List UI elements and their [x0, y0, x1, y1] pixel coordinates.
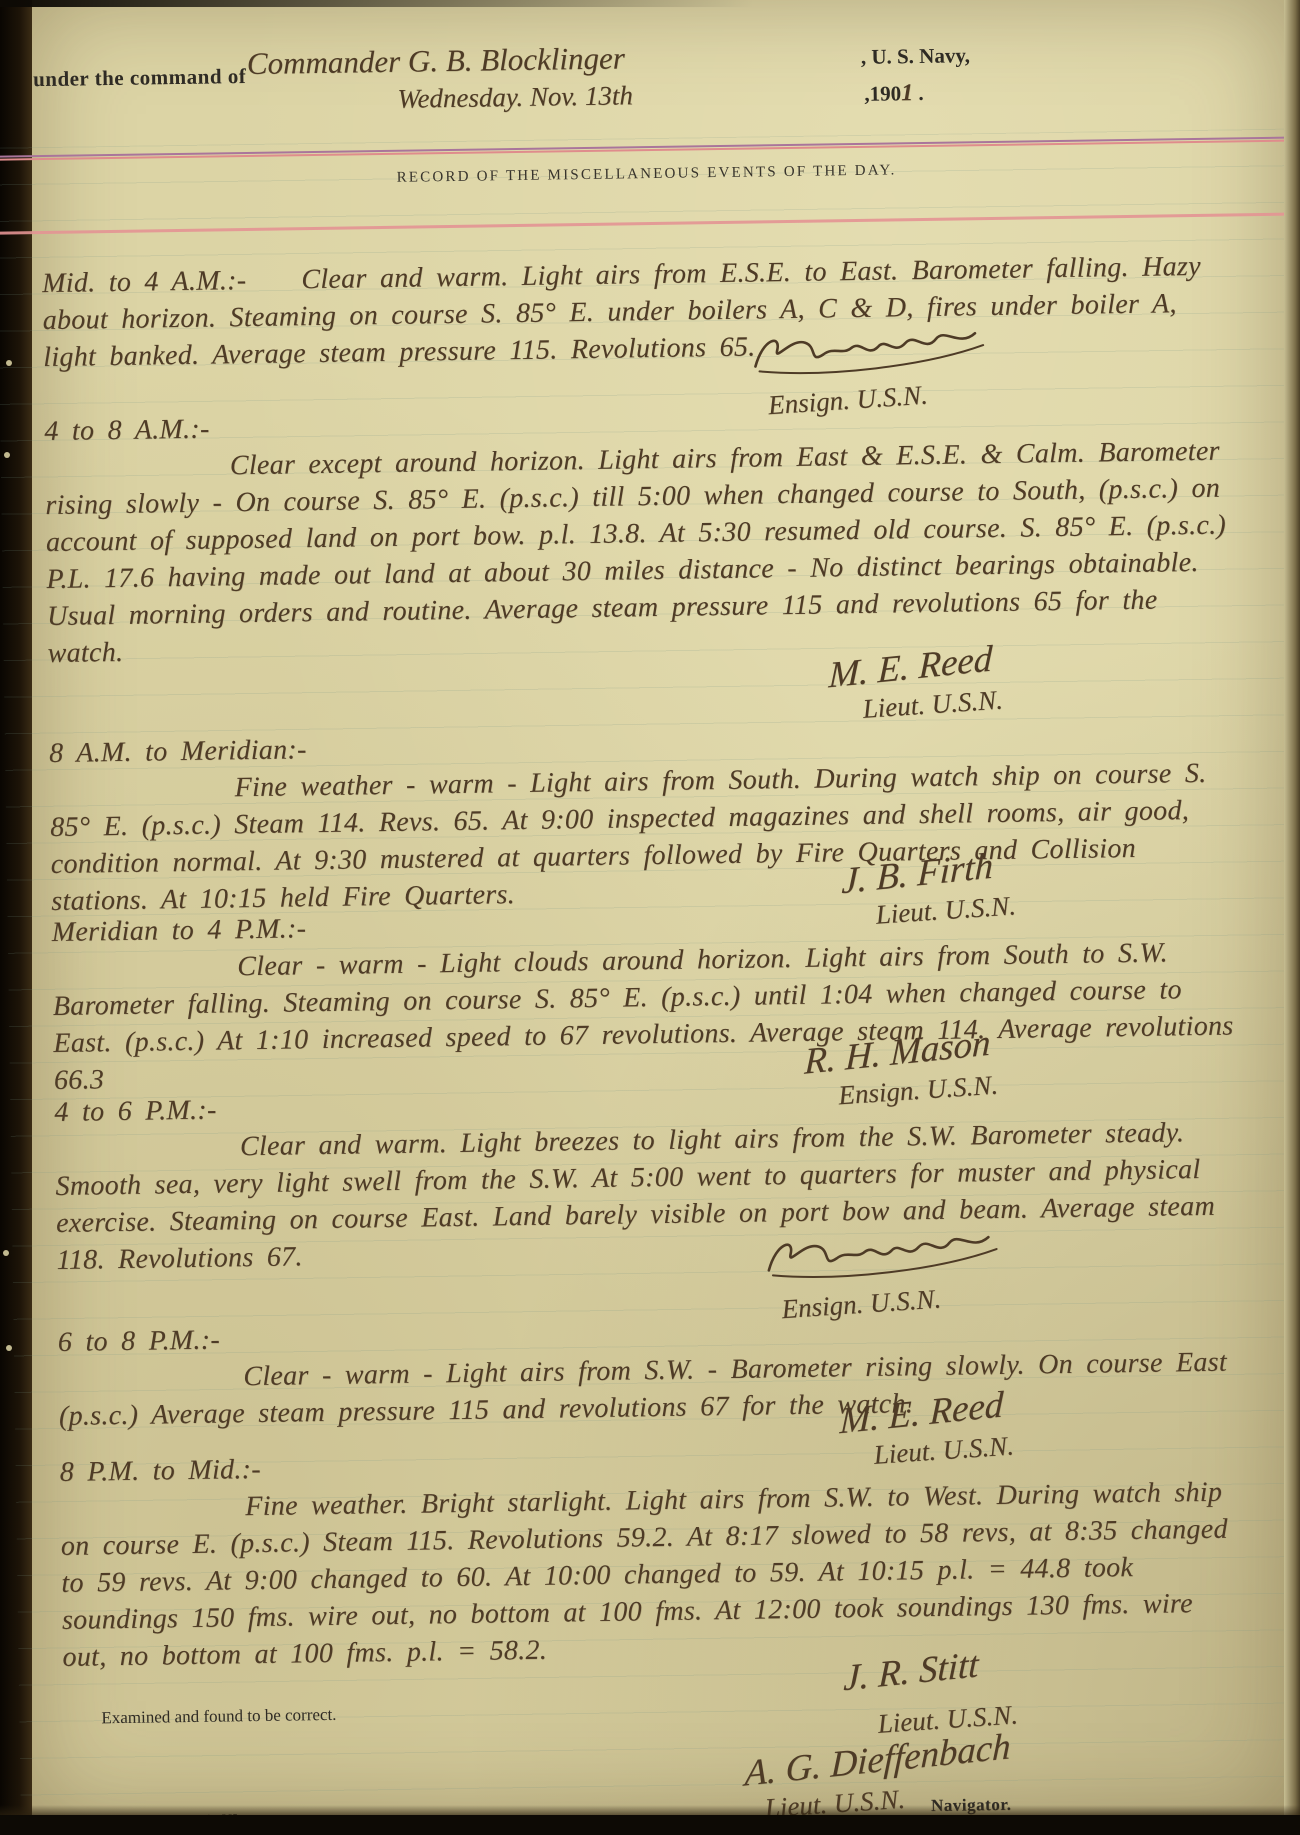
- signature-scrawl-icon: [747, 323, 998, 379]
- watch-period-label: Mid. to 4 A.M.:-: [42, 265, 247, 299]
- date-handwritten: Wednesday. Nov. 13th: [397, 80, 633, 114]
- printed-year: ,1901 .: [864, 80, 924, 108]
- binding-hole: [3, 1250, 9, 1256]
- logbook-page-scan: under the command of Commander G. B. Blo…: [0, 0, 1300, 1835]
- page-bottom-edge: [0, 1815, 1300, 1835]
- year-prefix: ,190: [864, 81, 901, 106]
- signature-block: M. E. Reed Lieut. U.S.N.: [828, 634, 1169, 717]
- printed-command-prefix: under the command of: [33, 64, 247, 92]
- printed-navy-suffix: , U. S. Navy,: [861, 43, 970, 70]
- year-digit-handwritten: 1: [901, 80, 913, 106]
- year-period: .: [918, 81, 924, 105]
- signature-scrawl-icon: [760, 1227, 1011, 1283]
- commander-name-handwritten: Commander G. B. Blocklinger: [247, 40, 625, 82]
- binding-hole: [6, 1345, 12, 1351]
- signature-block: J. R. Stitt Lieut. U.S.N.: [842, 1637, 1183, 1732]
- examined-printed-note: Examined and found to be correct.: [101, 1705, 336, 1728]
- paper-sheet: under the command of Commander G. B. Blo…: [32, 0, 1284, 1815]
- page-content: under the command of Commander G. B. Blo…: [18, 0, 1297, 1824]
- signature-block: Ensign. U.S.N.: [746, 1226, 1087, 1318]
- page-right-edge: [1284, 0, 1300, 1815]
- page-top-shadow: [0, 0, 754, 7]
